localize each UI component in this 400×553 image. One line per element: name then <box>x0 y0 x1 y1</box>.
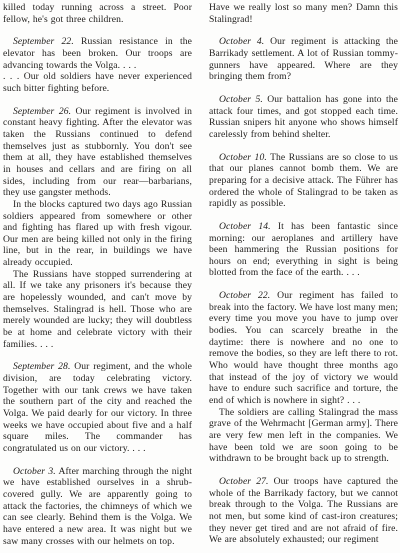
diary-paragraph: October 27. Our troops have captured the… <box>209 476 398 546</box>
diary-paragraph: September 22. Russian resistance in the … <box>3 36 192 71</box>
diary-paragraph: The Russians have stopped surrendering a… <box>3 269 192 351</box>
diary-paragraph: October 22. Our regiment has failed to b… <box>209 290 398 407</box>
diary-paragraph: In the blocks captured two days ago Russ… <box>3 199 192 269</box>
entry-date: October 27. <box>219 476 269 487</box>
book-page: killed today running across a street. Po… <box>0 0 400 553</box>
diary-paragraph: . . . Our old soldiers have never experi… <box>3 71 192 94</box>
diary-paragraph: September 28. Our regiment, and the whol… <box>3 361 192 454</box>
entry-date: October 10. <box>219 152 267 163</box>
diary-paragraph: October 5. Our battalion has gone into t… <box>209 94 398 141</box>
entry-date: September 22. <box>13 36 74 47</box>
diary-paragraph: October 3. After marching through the ni… <box>3 466 192 548</box>
diary-paragraph: October 10. The Russians are so close to… <box>209 152 398 210</box>
right-column: Have we really lost so many men? Damn th… <box>209 2 398 553</box>
diary-paragraph: Have we really lost so many men? Damn th… <box>209 2 398 25</box>
entry-date: October 14. <box>219 221 271 232</box>
entry-date: October 3. <box>13 466 56 477</box>
entry-date: October 4. <box>219 36 264 47</box>
diary-paragraph: October 14. It has been fantastic since … <box>209 221 398 279</box>
diary-paragraph: killed today running across a street. Po… <box>3 2 192 25</box>
entry-date: September 28. <box>13 361 70 372</box>
left-column: killed today running across a street. Po… <box>3 2 192 553</box>
diary-paragraph: September 26. Our regiment is involved i… <box>3 106 192 199</box>
entry-date: October 22. <box>219 290 270 301</box>
entry-date: September 26. <box>13 106 71 117</box>
diary-paragraph: The soldiers are calling Stalingrad the … <box>209 407 398 465</box>
diary-paragraph: October 4. Our regiment is attacking the… <box>209 36 398 83</box>
entry-date: October 5. <box>219 94 263 105</box>
